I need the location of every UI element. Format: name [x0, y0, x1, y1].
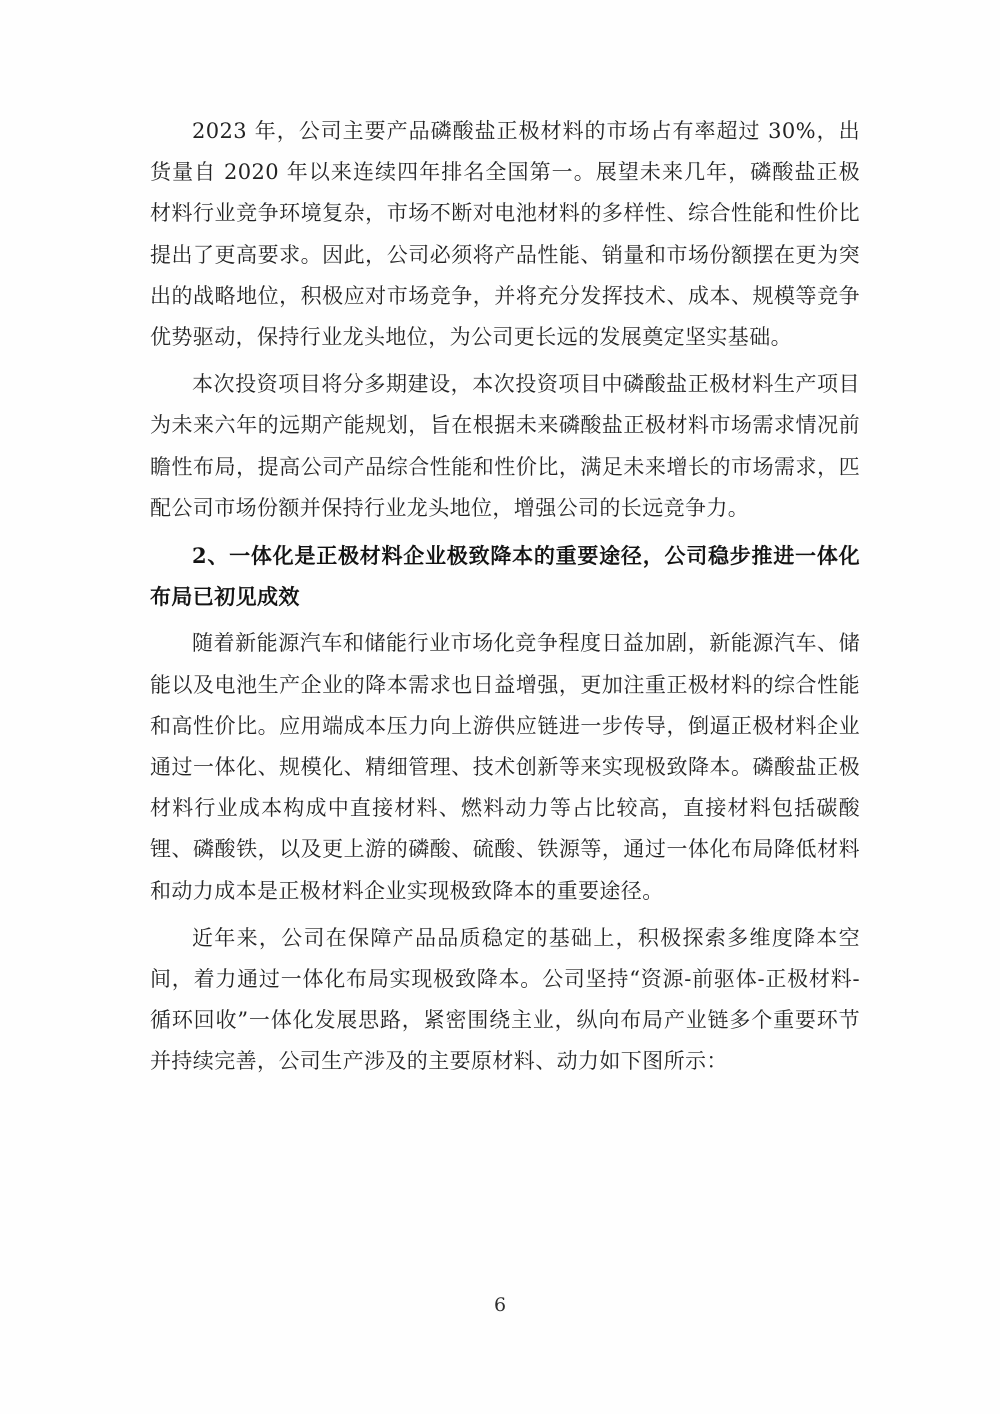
paragraph-integration-strategy: 近年来，公司在保障产品品质稳定的基础上，积极探索多维度降本空间，着力通过一体化布…: [150, 918, 860, 1083]
paragraph-investment-plan: 本次投资项目将分多期建设，本次投资项目中磷酸盐正极材料生产项目为未来六年的远期产…: [150, 364, 860, 529]
section-heading-integration: 2、一体化是正极材料企业极致降本的重要途径，公司稳步推进一体化布局已初见成效: [150, 535, 860, 617]
paragraph-cost-reduction: 随着新能源汽车和储能行业市场化竞争程度日益加剧，新能源汽车、储能以及电池生产企业…: [150, 623, 860, 911]
page-number: 6: [0, 1294, 1000, 1316]
document-page: 2023 年，公司主要产品磷酸盐正极材料的市场占有率超过 30%，出货量自 20…: [0, 0, 1000, 1414]
paragraph-market-share: 2023 年，公司主要产品磷酸盐正极材料的市场占有率超过 30%，出货量自 20…: [150, 111, 860, 358]
document-body: 2023 年，公司主要产品磷酸盐正极材料的市场占有率超过 30%，出货量自 20…: [150, 111, 860, 1089]
